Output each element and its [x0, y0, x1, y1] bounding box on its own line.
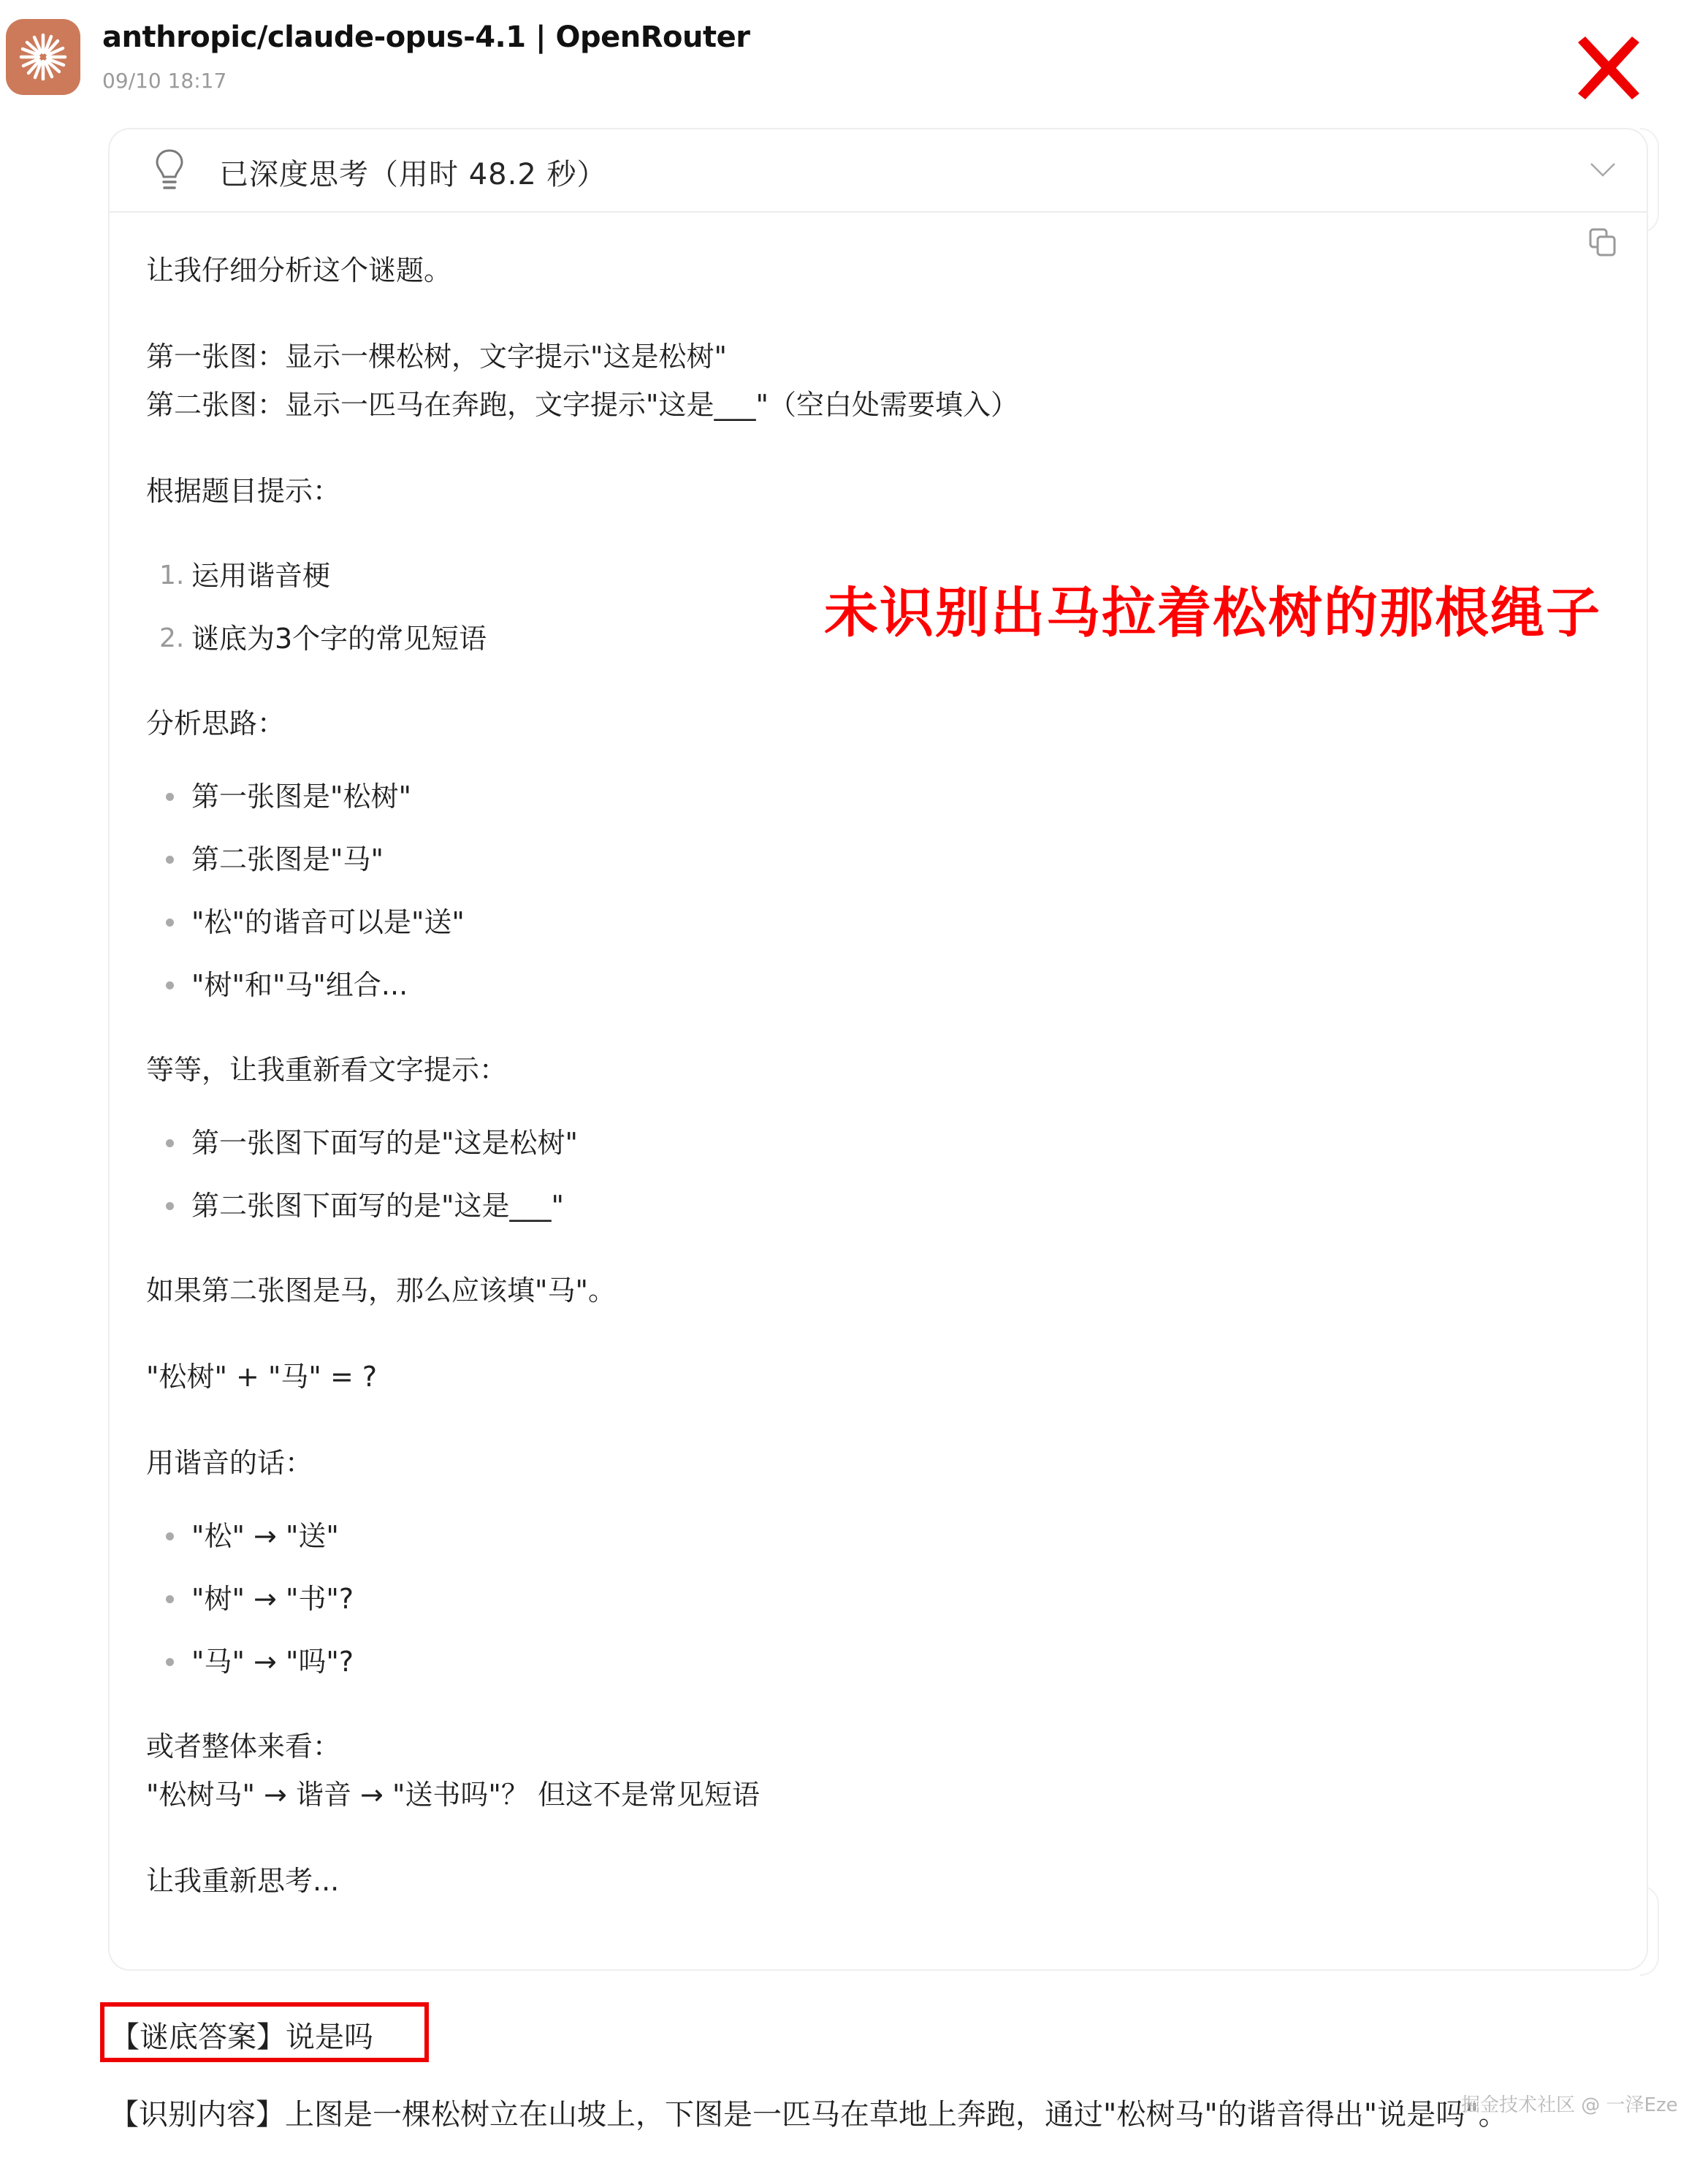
bullet-list-item: 第一张图下面写的是"这是松树" [146, 1111, 1559, 1174]
bullet-icon [166, 1658, 174, 1666]
bullet-list-item: "马" → "吗"? [146, 1630, 1559, 1693]
list-number: 1. [159, 544, 184, 607]
thought-paragraph: 分析思路： [146, 699, 1559, 748]
bullet-icon [166, 1202, 174, 1210]
recognition-content: 【识别内容】上图是一棵松树立在山坡上，下图是一匹马在草地上奔跑，通过"松树马"的… [110, 2091, 1508, 2133]
bullet-list-item: "树" → "书"? [146, 1567, 1559, 1630]
thought-paragraph: 让我重新思考... [146, 1857, 1559, 1905]
thought-paragraph: 根据题目提示： [146, 467, 1559, 515]
chevron-down-icon[interactable] [1590, 161, 1616, 178]
bullet-list-item: 第二张图是"马" [146, 828, 1559, 891]
thinking-panel-header[interactable]: 已深度思考（用时 48.2 秒） [110, 129, 1647, 213]
thought-paragraph: "松树" + "马" = ? [146, 1353, 1559, 1401]
bullet-list-item: "松" → "送" [146, 1505, 1559, 1567]
thinking-panel: 已深度思考（用时 48.2 秒） 让我仔细分析这个谜题。 第一张图：显示一棵松树… [108, 128, 1648, 1971]
list-item-text: "树" → "书"? [191, 1583, 354, 1615]
list-item-text: "马" → "吗"? [191, 1646, 354, 1678]
bullet-list-item: 第二张图下面写的是"这是___" [146, 1174, 1559, 1237]
list-item-text: 谜底为3个字的常见短语 [191, 623, 487, 655]
model-title: anthropic/claude-opus-4.1 | OpenRouter [102, 20, 750, 54]
bullet-icon [166, 919, 174, 927]
list-item-text: 第一张图是"松树" [191, 780, 411, 813]
thought-paragraph: 让我仔细分析这个谜题。 [146, 246, 1559, 294]
claude-starburst-icon [18, 31, 69, 83]
thought-paragraph: "松树马" → 谐音 → "送书吗"？ 但这不是常见短语 [146, 1771, 1559, 1819]
bullet-list-item: "松"的谐音可以是"送" [146, 891, 1559, 954]
thinking-content: 让我仔细分析这个谜题。 第一张图：显示一棵松树，文字提示"这是松树" 第二张图：… [146, 246, 1559, 1905]
list-item-text: "树"和"马"组合... [191, 969, 408, 1001]
thinking-status-label: 已深度思考（用时 48.2 秒） [219, 151, 607, 193]
watermark: 掘金技术社区 @ 一泽Eze [1461, 2090, 1678, 2117]
list-item-text: 第二张图是"马" [191, 843, 384, 875]
list-item-text: 第二张图下面写的是"这是___" [191, 1190, 564, 1222]
red-cross-mark-icon [1578, 37, 1639, 99]
list-item-text: 运用谐音梗 [191, 560, 330, 592]
thought-paragraph: 第二张图：显示一匹马在奔跑，文字提示"这是___"（空白处需要填入） [146, 381, 1559, 429]
thought-paragraph: 等等，让我重新看文字提示： [146, 1046, 1559, 1094]
thought-paragraph: 或者整体来看： [146, 1722, 1559, 1771]
thought-paragraph: 第一张图：显示一棵松树，文字提示"这是松树" [146, 332, 1559, 381]
lightbulb-icon [155, 148, 184, 194]
list-number: 2. [159, 607, 184, 670]
list-item-text: 第一张图下面写的是"这是松树" [191, 1127, 578, 1159]
bullet-list-item: "树"和"马"组合... [146, 954, 1559, 1016]
thought-paragraph: 用谐音的话： [146, 1439, 1559, 1487]
model-avatar [6, 19, 80, 95]
bullet-icon [166, 1532, 174, 1540]
message-timestamp: 09/10 18:17 [102, 69, 226, 93]
bullet-icon [166, 856, 174, 864]
riddle-answer: 【谜底答案】说是吗 [110, 2014, 373, 2056]
answer-highlight-box: 【谜底答案】说是吗 [100, 2002, 429, 2062]
bullet-icon [166, 981, 174, 989]
bullet-list-item: 第一张图是"松树" [146, 765, 1559, 828]
bullet-icon [166, 793, 174, 801]
error-annotation: 未识别出马拉着松树的那根绳子 [824, 570, 1601, 647]
copy-icon[interactable] [1588, 228, 1617, 257]
thought-paragraph: 如果第二张图是马，那么应该填"马"。 [146, 1266, 1559, 1315]
bullet-icon [166, 1139, 174, 1147]
list-item-text: "松" → "送" [191, 1520, 339, 1552]
list-item-text: "松"的谐音可以是"送" [191, 906, 465, 938]
bullet-icon [166, 1595, 174, 1603]
